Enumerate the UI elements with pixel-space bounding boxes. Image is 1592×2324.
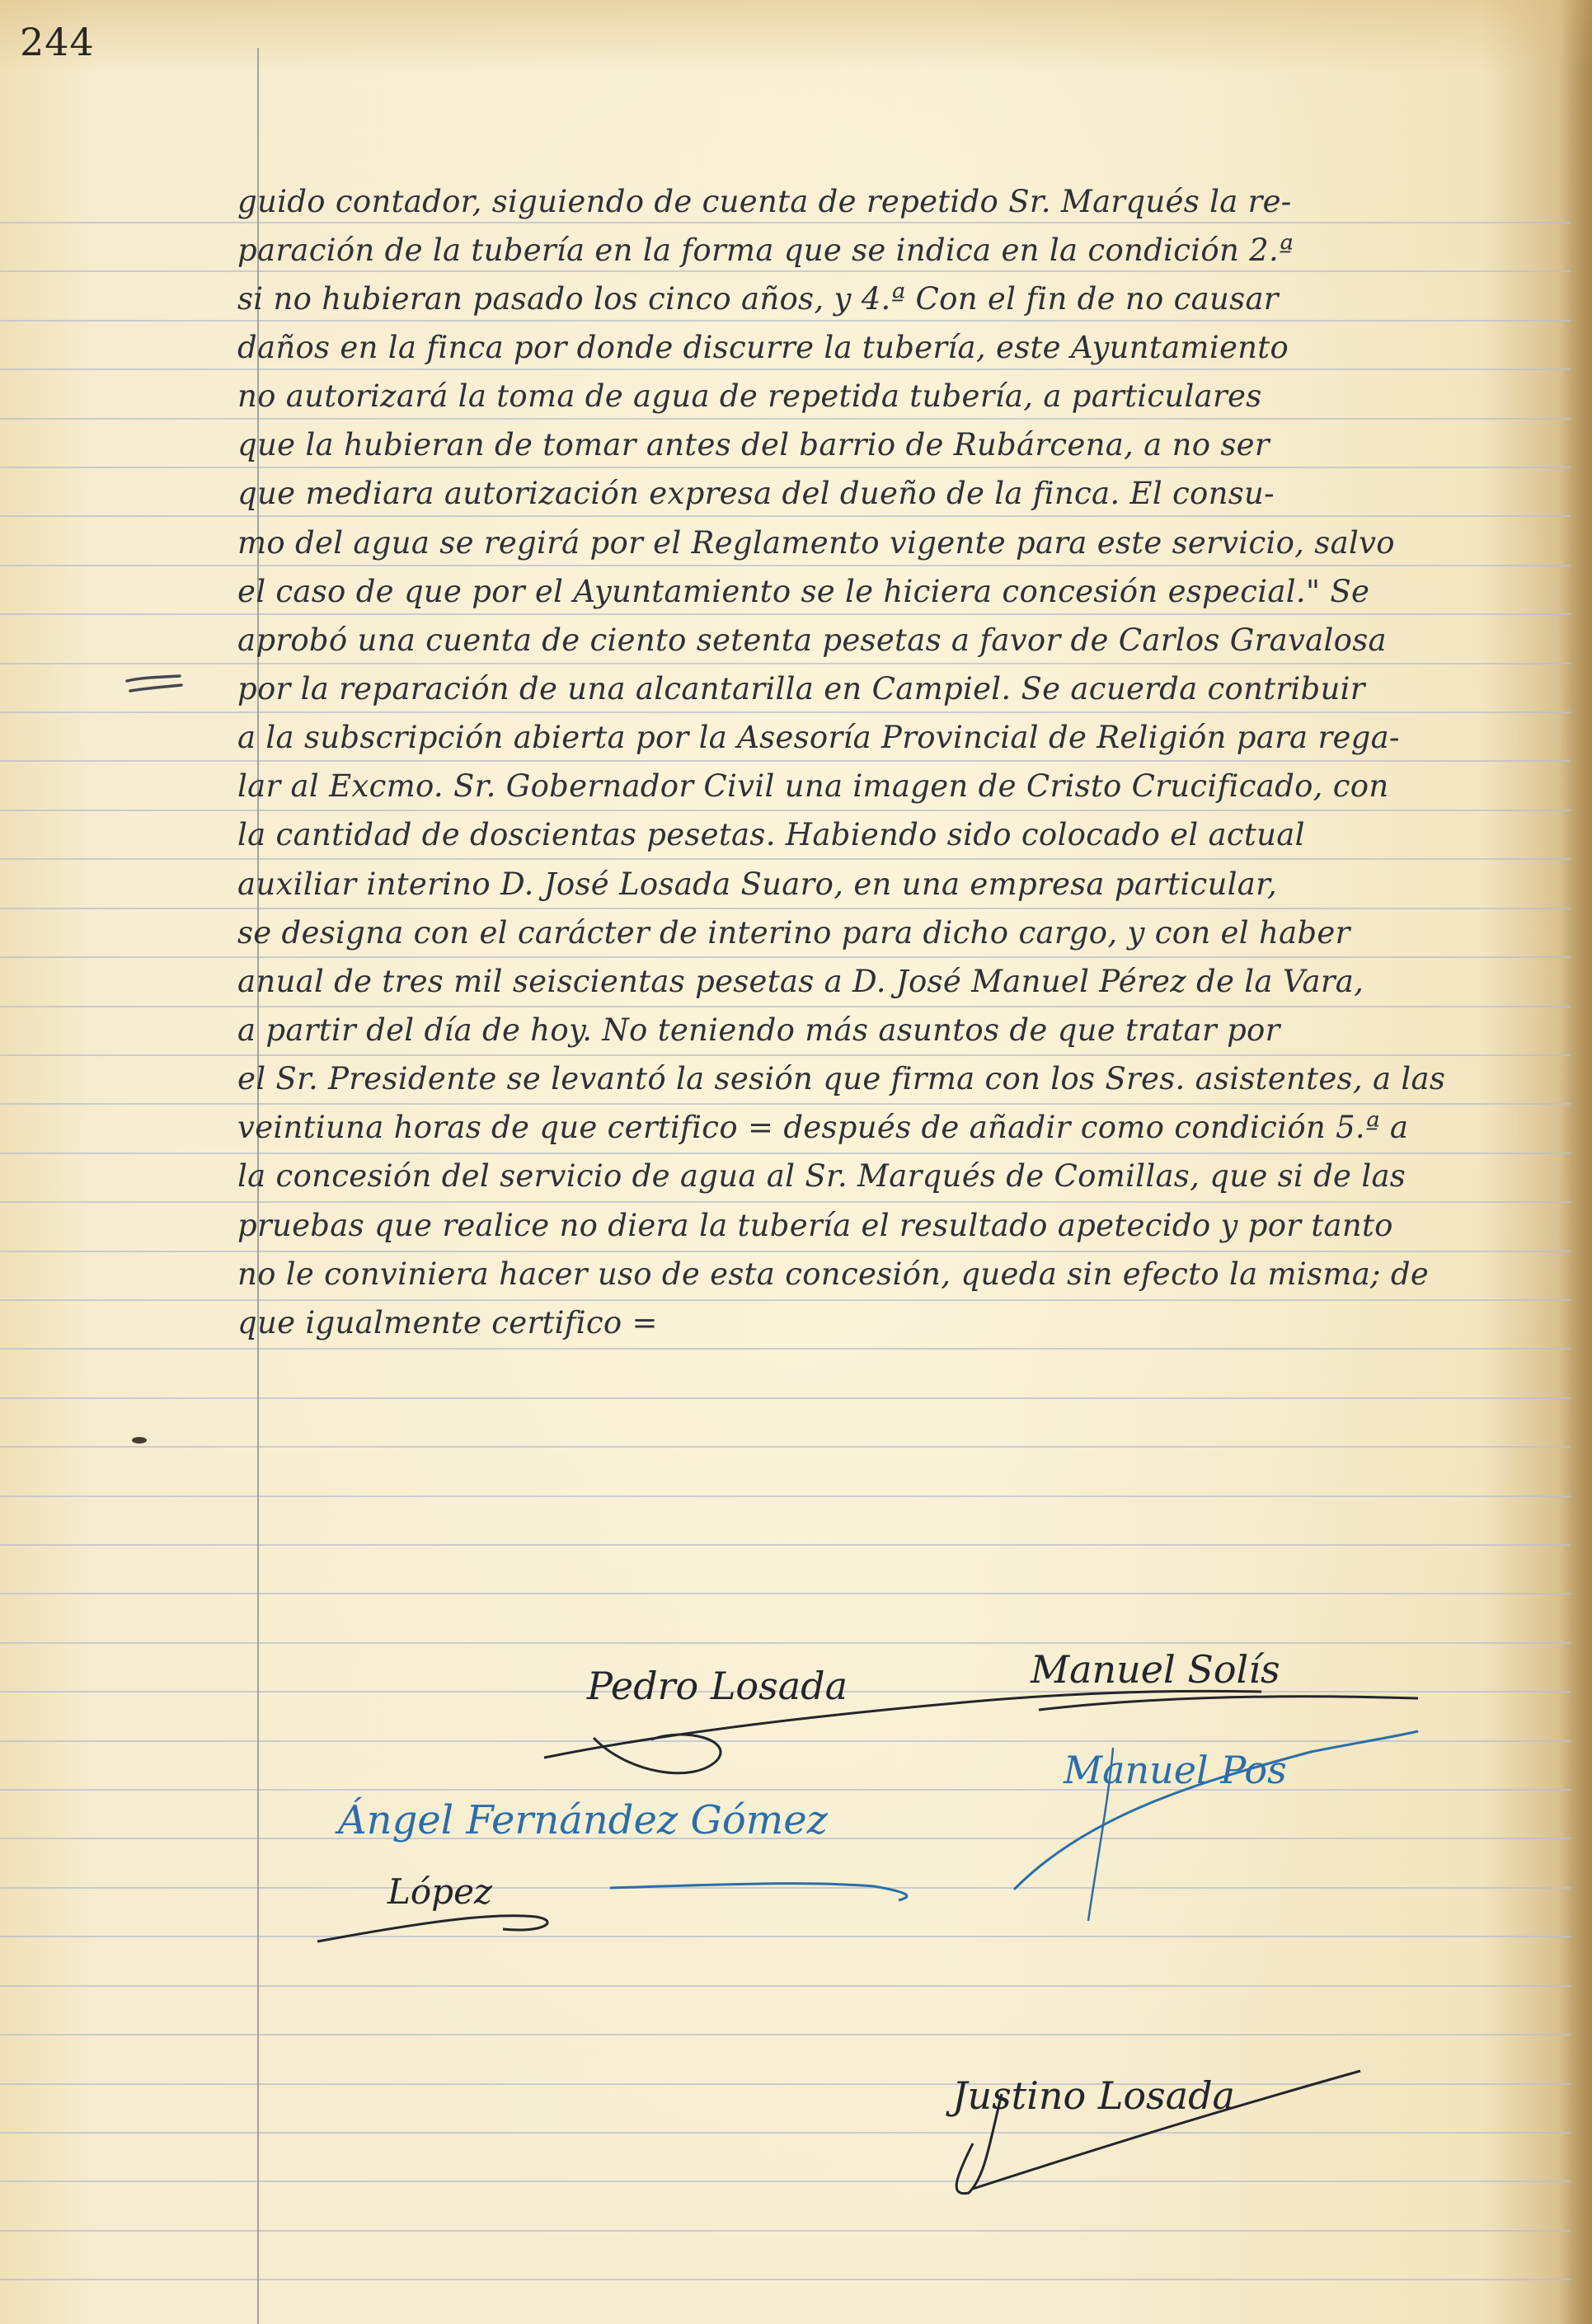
- signature-flourishes: [0, 0, 1592, 2324]
